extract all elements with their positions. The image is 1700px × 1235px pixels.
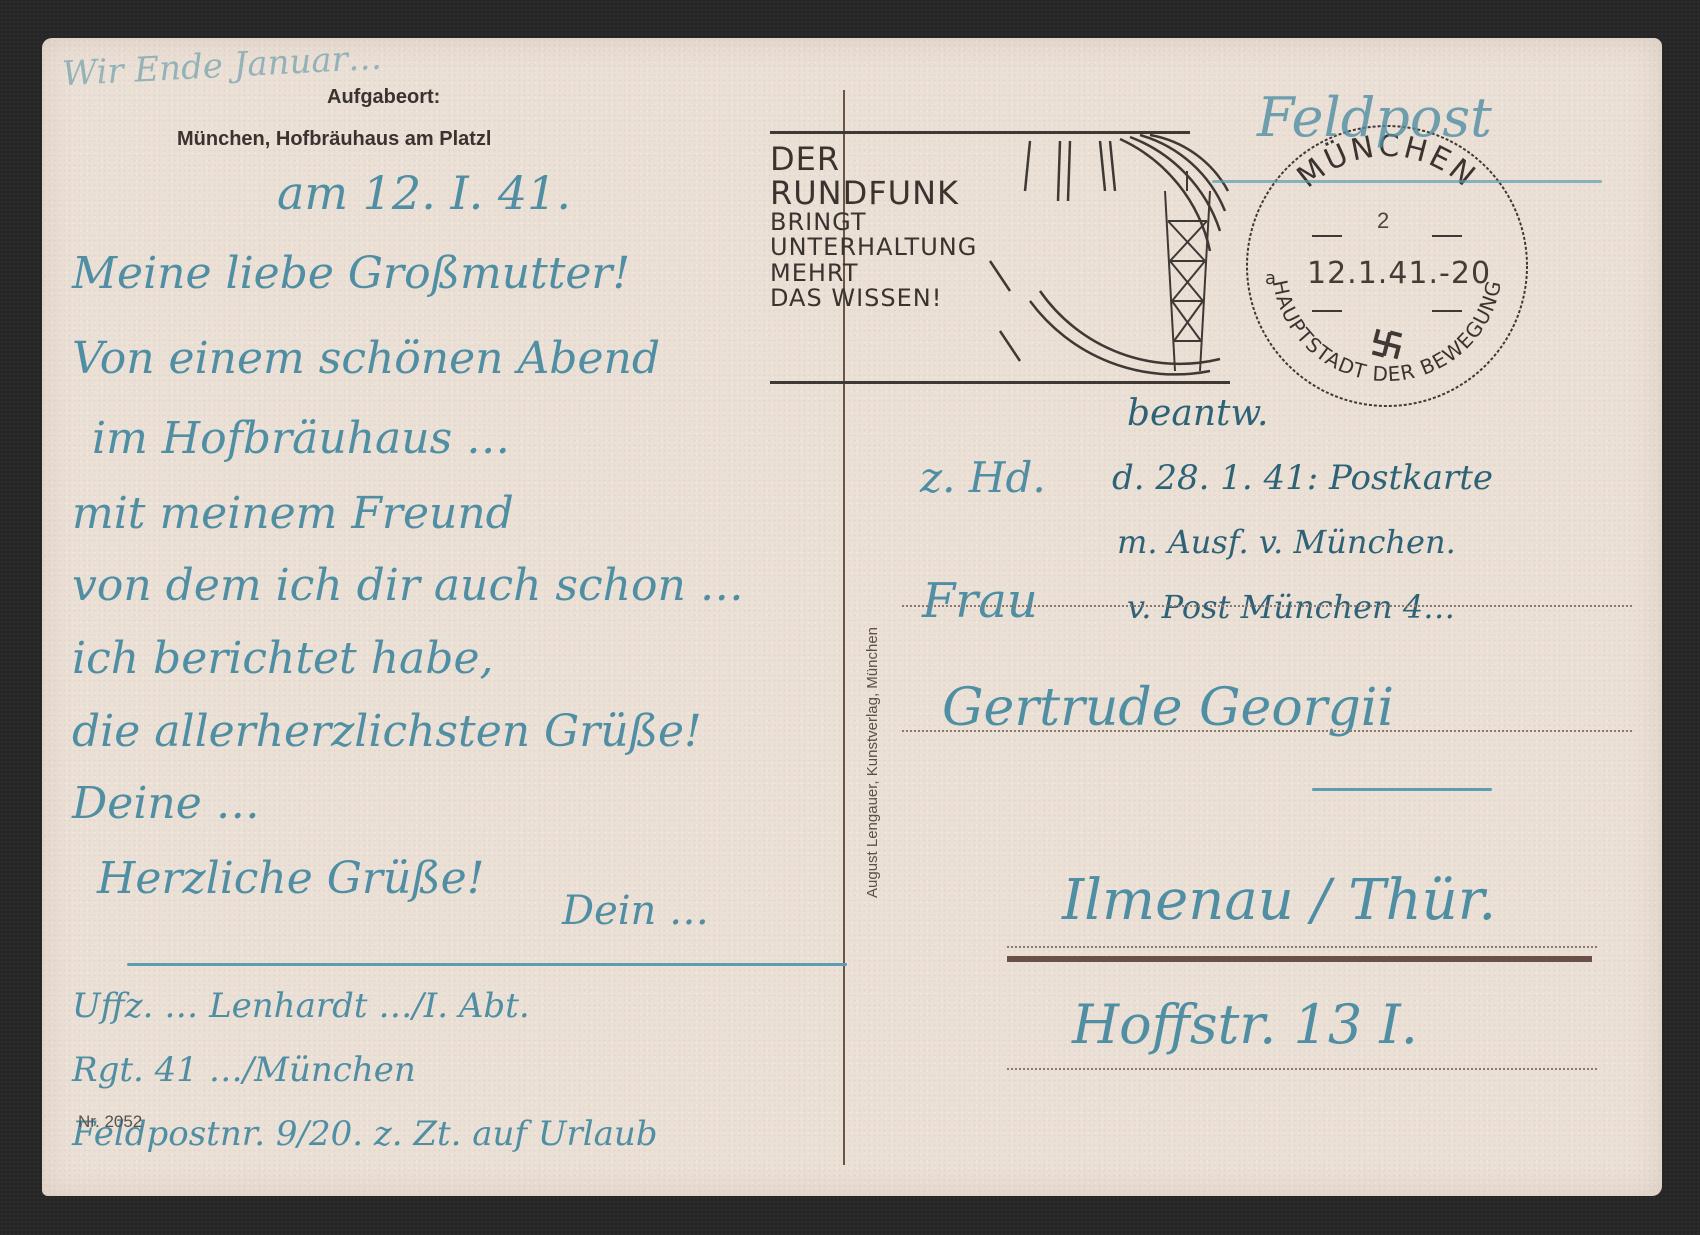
card-number: Nr. 2052 — [78, 1112, 142, 1132]
note-date: d. 28. 1. 41: Postkarte — [1112, 458, 1493, 498]
swastika-emblem-icon — [1372, 329, 1401, 358]
postmark-serial: a — [1265, 268, 1276, 289]
address-name: Gertrude Georgii — [942, 678, 1394, 738]
message-signature: Dein … — [562, 888, 709, 934]
address-salutation: Frau — [922, 573, 1038, 629]
slogan-cancellation: DER RUNDFUNK BRINGT UNTERHALTUNG MEHRT D… — [770, 131, 1230, 386]
note-beantwortet: beantw. — [1127, 393, 1268, 434]
sender-line: Rgt. 41 …/München — [72, 1050, 416, 1090]
radio-tower-icon — [910, 131, 1230, 381]
postmark: MÜNCHEN HAUPTSTADT DER BEWEGUNG a 2 12.1… — [1237, 116, 1537, 416]
address-line-3 — [1007, 946, 1597, 948]
sender-place-value: München, Hofbräuhaus am Platzl — [177, 128, 491, 151]
address-city-bar — [1007, 956, 1592, 962]
message-line: Von einem schönen Abend — [72, 333, 660, 384]
message-date: am 12. I. 41. — [277, 166, 571, 220]
message-underline — [127, 963, 847, 966]
postcard: Aufgabeort: München, Hofbräuhaus am Plat… — [42, 38, 1662, 1196]
name-underline — [1312, 788, 1492, 791]
message-line: mit meinem Freund — [72, 488, 514, 539]
feldpost-stroke — [1212, 180, 1602, 183]
sender-line: Uffz. … Lenhardt …/I. Abt. — [72, 986, 530, 1026]
cancel-bottom-bar — [770, 381, 1230, 384]
feldpost-marking: Feldpost — [1257, 86, 1492, 149]
address-prefix: z. Hd. — [920, 453, 1046, 502]
message-line: von dem ich dir auch schon … — [72, 560, 744, 611]
sender-place-label: Aufgabeort: — [327, 86, 440, 109]
address-line-2 — [902, 730, 1632, 732]
address-line-4 — [1007, 1068, 1597, 1070]
publisher-imprint: August Lengauer, Kunstverlag, München — [864, 627, 881, 898]
address-city: Ilmenau / Thür. — [1062, 868, 1496, 933]
postmark-office-number: 2 — [1377, 208, 1389, 234]
address-street: Hoffstr. 13 I. — [1072, 993, 1418, 1056]
message-line: Deine … — [72, 778, 260, 829]
note-line: v. Post München 4… — [1127, 588, 1455, 626]
address-line-1 — [902, 605, 1632, 607]
message-line: die allerherzlichsten Grüße! — [72, 706, 702, 757]
postmark-date: 12.1.41.-20 — [1307, 256, 1491, 291]
svg-text:HAUPTSTADT DER BEWEGUNG: HAUPTSTADT DER BEWEGUNG — [1268, 278, 1506, 386]
message-line: Meine liebe Großmutter! — [72, 248, 630, 299]
note-line: m. Ausf. v. München. — [1117, 523, 1456, 561]
message-line: Herzliche Grüße! — [97, 853, 484, 904]
postmark-motto: HAUPTSTADT DER BEWEGUNG — [1268, 278, 1506, 386]
message-line: ich berichtet habe, — [72, 633, 493, 684]
sender-line: Feldpostnr. 9/20. z. Zt. auf Urlaub — [72, 1114, 658, 1154]
message-line: im Hofbräuhaus … — [92, 413, 510, 464]
